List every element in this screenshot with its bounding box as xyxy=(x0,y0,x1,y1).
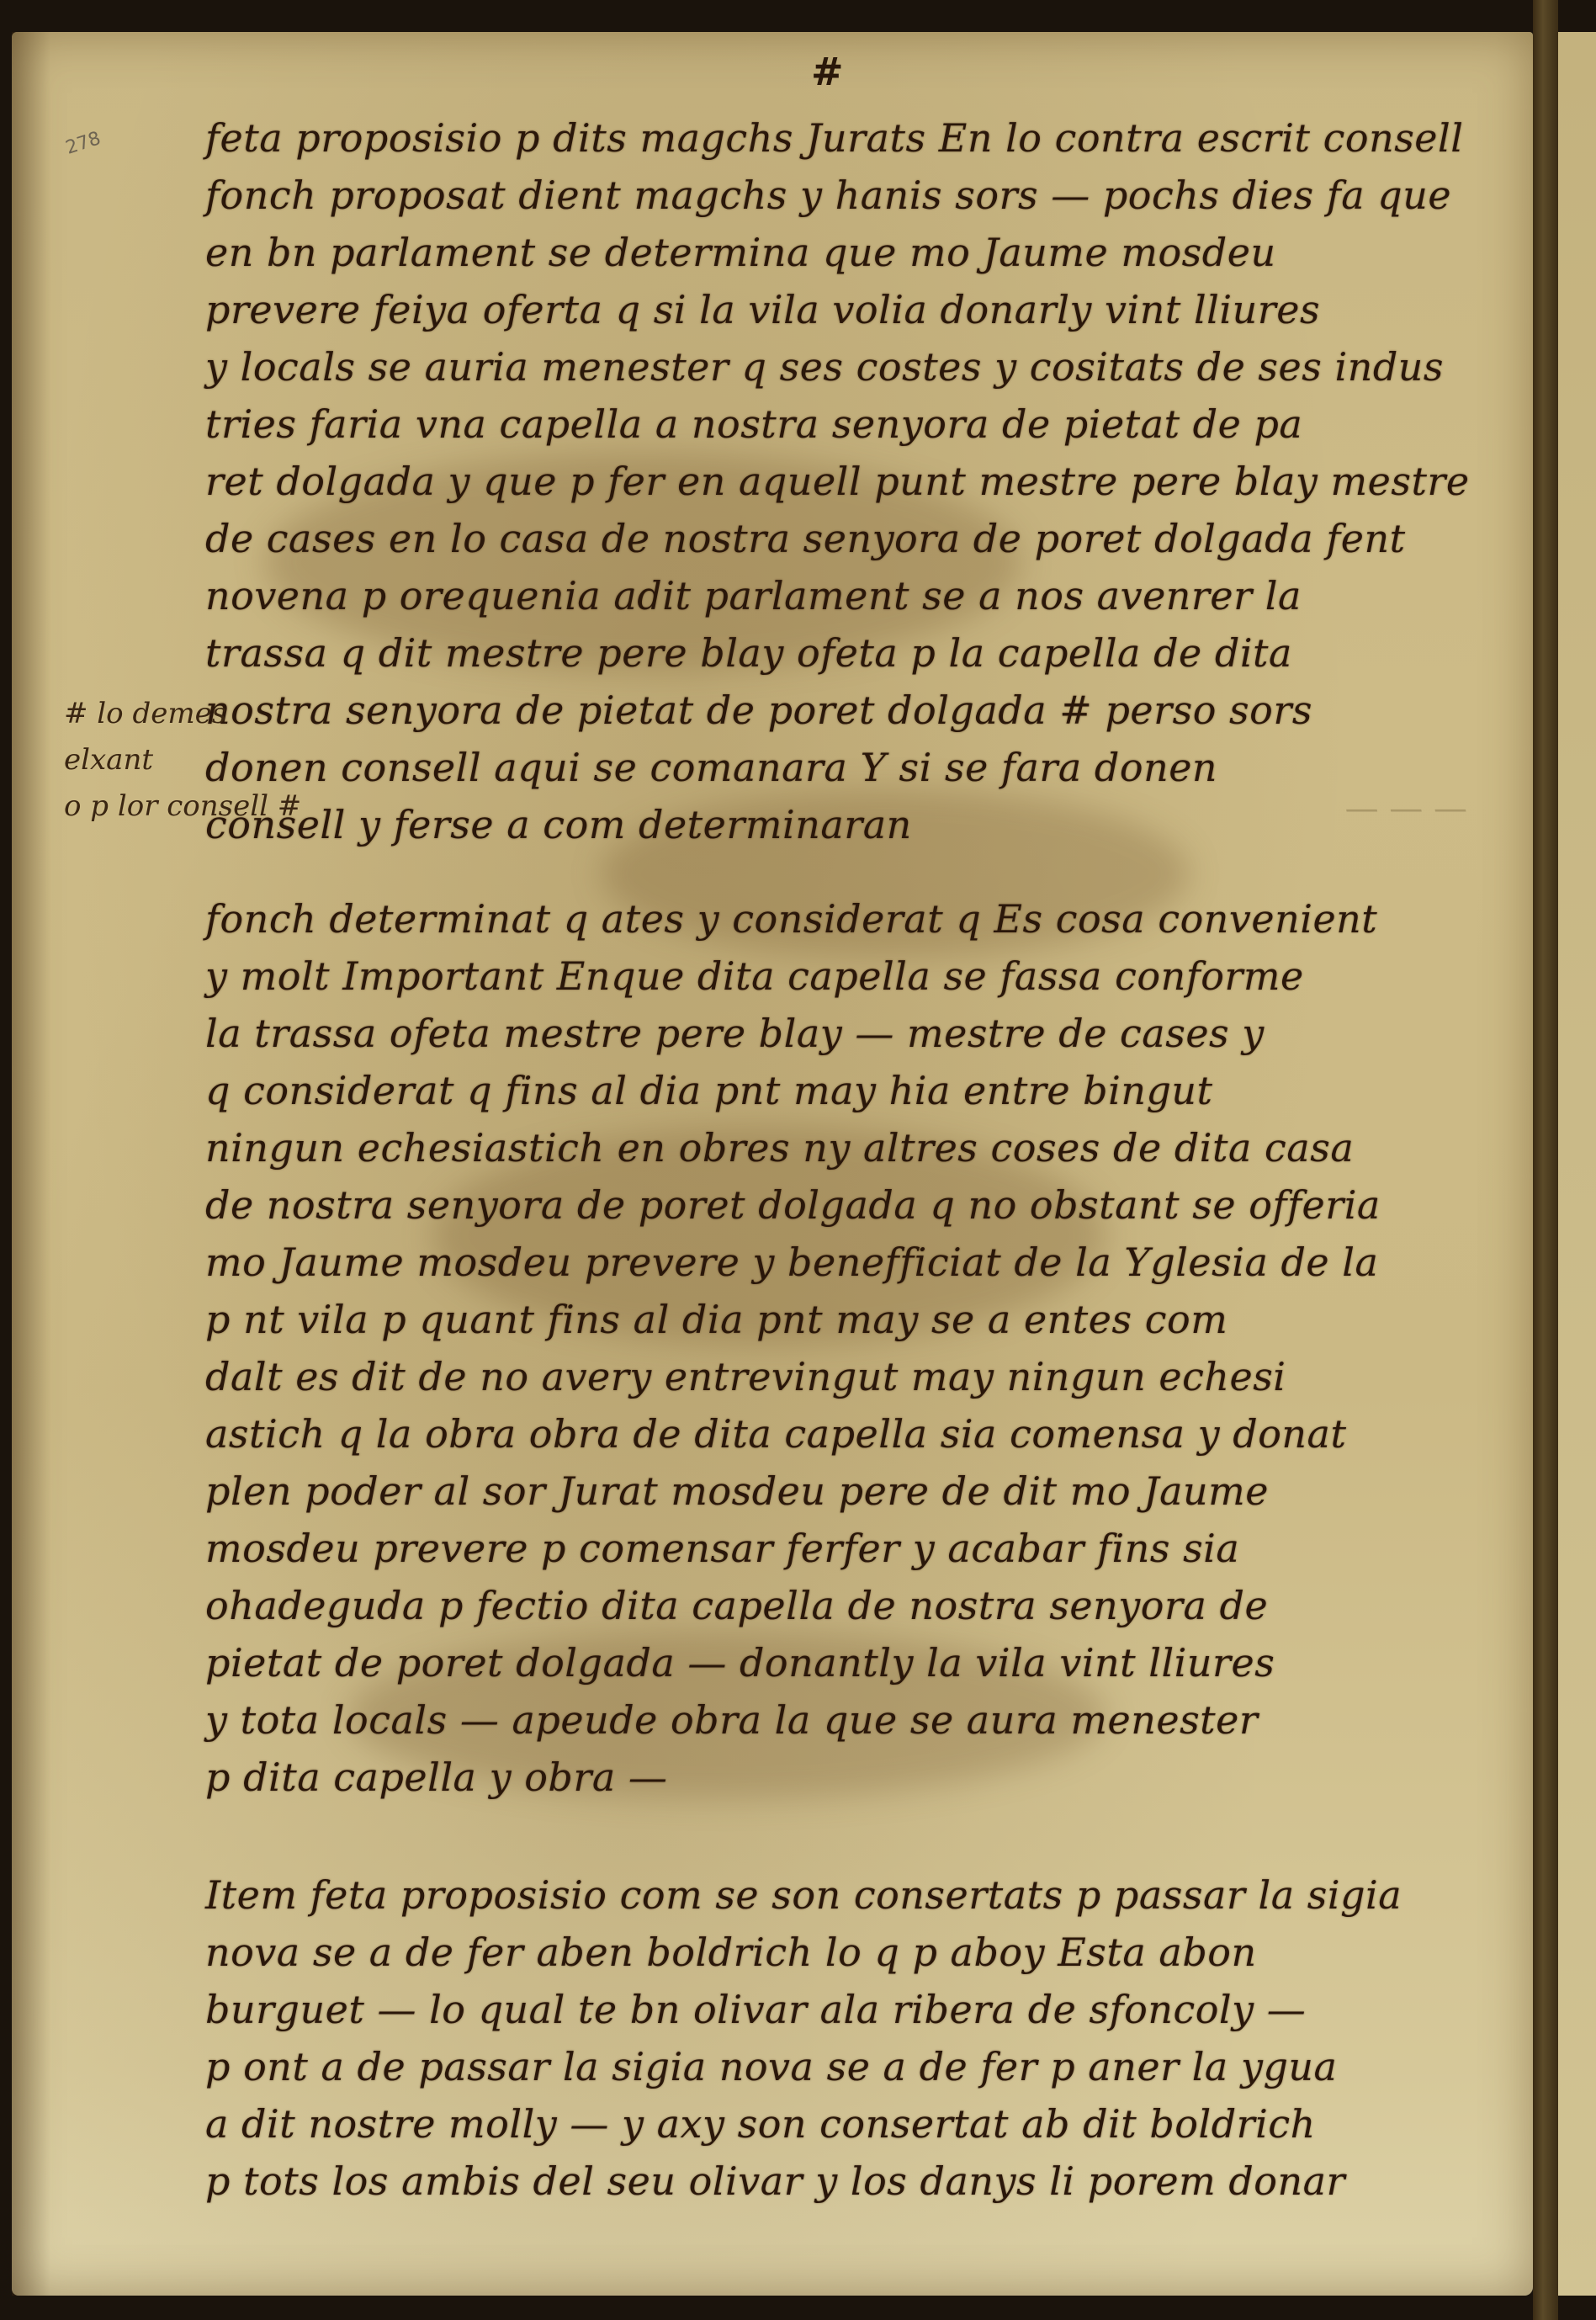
manuscript-line: de nostra senyora de poret dolgada q no … xyxy=(205,1176,1518,1234)
manuscript-line: q considerat q fins al dia pnt may hia e… xyxy=(205,1062,1518,1119)
manuscript-line: en bn parlament se determina que mo Jaum… xyxy=(205,224,1518,281)
manuscript-line: nostra senyora de pietat de poret dolgad… xyxy=(205,682,1518,739)
manuscript-line: plen poder al sor Jurat mosdeu pere de d… xyxy=(205,1463,1518,1520)
manuscript-line: burguet — lo qual te bn olivar ala riber… xyxy=(205,1981,1518,2038)
manuscript-line: mosdeu prevere p comensar ferfer y acaba… xyxy=(205,1520,1518,1577)
manuscript-line: Item feta proposisio com se son conserta… xyxy=(205,1866,1518,1924)
entry-section-2: fonch determinat q ates y considerat q E… xyxy=(205,890,1518,1806)
manuscript-line: tries faria vna capella a nostra senyora… xyxy=(205,396,1518,453)
manuscript-line: fonch determinat q ates y considerat q E… xyxy=(205,890,1518,948)
manuscript-line: consell y ferse a com determinaran xyxy=(205,796,1518,853)
manuscript-line: p ont a de passar la sigia nova se a de … xyxy=(205,2038,1518,2095)
manuscript-line: trassa q dit mestre pere blay ofeta p la… xyxy=(205,624,1518,682)
folio-number: 278 xyxy=(63,128,103,159)
manuscript-line: pietat de poret dolgada — donantly la vi… xyxy=(205,1634,1518,1691)
manuscript-line: dalt es dit de no avery entrevingut may … xyxy=(205,1348,1518,1405)
manuscript-line: y molt Important Enque dita capella se f… xyxy=(205,948,1518,1005)
manuscript-line: a dit nostre molly — y axy son consertat… xyxy=(205,2095,1518,2153)
manuscript-line: ret dolgada y que p fer en aquell punt m… xyxy=(205,453,1518,510)
entry-section-3: Item feta proposisio com se son conserta… xyxy=(205,1866,1518,2210)
manuscript-line: y tota locals — apeude obra la que se au… xyxy=(205,1691,1518,1749)
manuscript-line: p dita capella y obra — xyxy=(205,1749,1518,1806)
manuscript-page: 278 # — — — feta proposisio p dits magch… xyxy=(12,32,1533,2296)
manuscript-line: nova se a de fer aben boldrich lo q p ab… xyxy=(205,1924,1518,1981)
manuscript-line: de cases en lo casa de nostra senyora de… xyxy=(205,510,1518,567)
margin-note: o p lor consell # xyxy=(64,785,301,827)
manuscript-line: ningun echesiastich en obres ny altres c… xyxy=(205,1119,1518,1176)
top-cross-mark: # xyxy=(811,49,844,94)
manuscript-line: y locals se auria menester q ses costes … xyxy=(205,338,1518,396)
margin-note: elxant xyxy=(64,739,153,781)
margin-note: # lo demes xyxy=(64,693,226,735)
manuscript-line: ohadeguda p fectio dita capella de nostr… xyxy=(205,1577,1518,1634)
manuscript-line: p nt vila p quant fins al dia pnt may se… xyxy=(205,1291,1518,1348)
manuscript-line: la trassa ofeta mestre pere blay — mestr… xyxy=(205,1005,1518,1062)
manuscript-line: novena p orequenia adit parlament se a n… xyxy=(205,567,1518,624)
book-spine xyxy=(1533,0,1558,2320)
manuscript-line: fonch proposat dient magchs y hanis sors… xyxy=(205,167,1518,224)
manuscript-line: feta proposisio p dits magchs Jurats En … xyxy=(205,109,1518,167)
facing-page-edge xyxy=(1558,32,1596,2296)
manuscript-line: donen consell aqui se comanara Y si se f… xyxy=(205,739,1518,796)
manuscript-line: astich q la obra obra de dita capella si… xyxy=(205,1405,1518,1463)
manuscript-line: p tots los ambis del seu olivar y los da… xyxy=(205,2153,1518,2210)
manuscript-line: mo Jaume mosdeu prevere y benefficiat de… xyxy=(205,1234,1518,1291)
manuscript-line: prevere feiya oferta q si la vila volia … xyxy=(205,281,1518,338)
entry-section-1: feta proposisio p dits magchs Jurats En … xyxy=(205,109,1518,853)
